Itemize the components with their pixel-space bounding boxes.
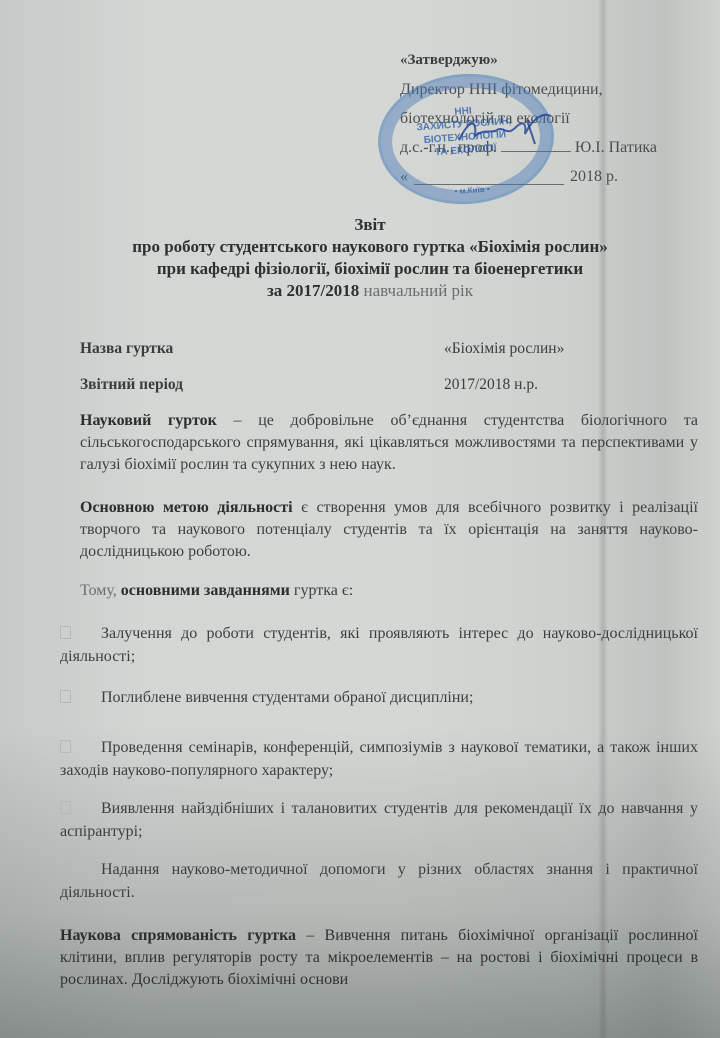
task-text: Виявлення найздібніших і талановитих сту…	[60, 800, 698, 840]
title-suffix: навчальний рік	[364, 281, 474, 300]
term: основними завданнями	[121, 582, 290, 599]
info-value: 2017/2018 н.р.	[444, 376, 538, 394]
approval-name: Ю.І. Патика	[575, 139, 657, 156]
task-item: Проведення семінарів, конференцій, симпо…	[60, 736, 698, 782]
info-label: Назва гуртка	[80, 340, 173, 358]
task-item: Залучення до роботи студентів, які прояв…	[60, 622, 698, 668]
bullet-box-icon	[60, 862, 71, 875]
paragraph-tasks-intro: Тому, основними завданнями гуртка є:	[80, 580, 698, 602]
paragraph-goal: Основною метою діяльності є створення ум…	[80, 497, 698, 563]
task-item: Поглиблене вивчення студентами обраної д…	[60, 686, 698, 709]
info-value: «Біохімія рослин»	[444, 340, 564, 358]
term: Основною метою діяльності	[80, 499, 293, 516]
bullet-box-icon	[60, 626, 71, 639]
info-label: Звітний період	[80, 376, 183, 394]
term: Науковий гурток	[80, 412, 217, 429]
text: гуртка є:	[290, 582, 353, 599]
task-text: Надання науково-методичної допомоги у рі…	[60, 861, 698, 901]
approval-heading: «Затверджую»	[400, 46, 700, 75]
task-text: Залучення до роботи студентів, які прояв…	[60, 625, 698, 665]
text: Тому,	[80, 582, 121, 599]
term: Наукова спрямованість гуртка	[60, 927, 296, 944]
title-line: за 2017/2018 навчальний рік	[40, 280, 700, 302]
title-line: при кафедрі фізіології, біохімії рослин …	[40, 258, 700, 280]
bullet-box-icon	[60, 801, 71, 814]
title-year: за 2017/2018	[267, 281, 359, 300]
task-item: Надання науково-методичної допомоги у рі…	[60, 858, 698, 904]
bullet-box-icon	[60, 690, 71, 703]
title-line: про роботу студентського наукового гуртк…	[40, 236, 700, 258]
bullet-box-icon	[60, 740, 71, 753]
paragraph-direction: Наукова спрямованість гуртка – Вивчення …	[60, 925, 698, 991]
task-text: Поглиблене вивчення студентами обраної д…	[101, 689, 473, 706]
paragraph-definition: Науковий гурток – це добровільне об’єдна…	[80, 410, 698, 476]
task-item: Виявлення найздібніших і талановитих сту…	[60, 797, 698, 843]
title-line: Звіт	[40, 214, 700, 236]
task-text: Проведення семінарів, конференцій, симпо…	[60, 739, 698, 779]
signature-icon	[455, 110, 555, 150]
date-year: 2018 р.	[570, 162, 618, 191]
report-title: Звіт про роботу студентського наукового …	[40, 214, 700, 302]
stamp-city: • м.Київ •	[454, 184, 490, 195]
